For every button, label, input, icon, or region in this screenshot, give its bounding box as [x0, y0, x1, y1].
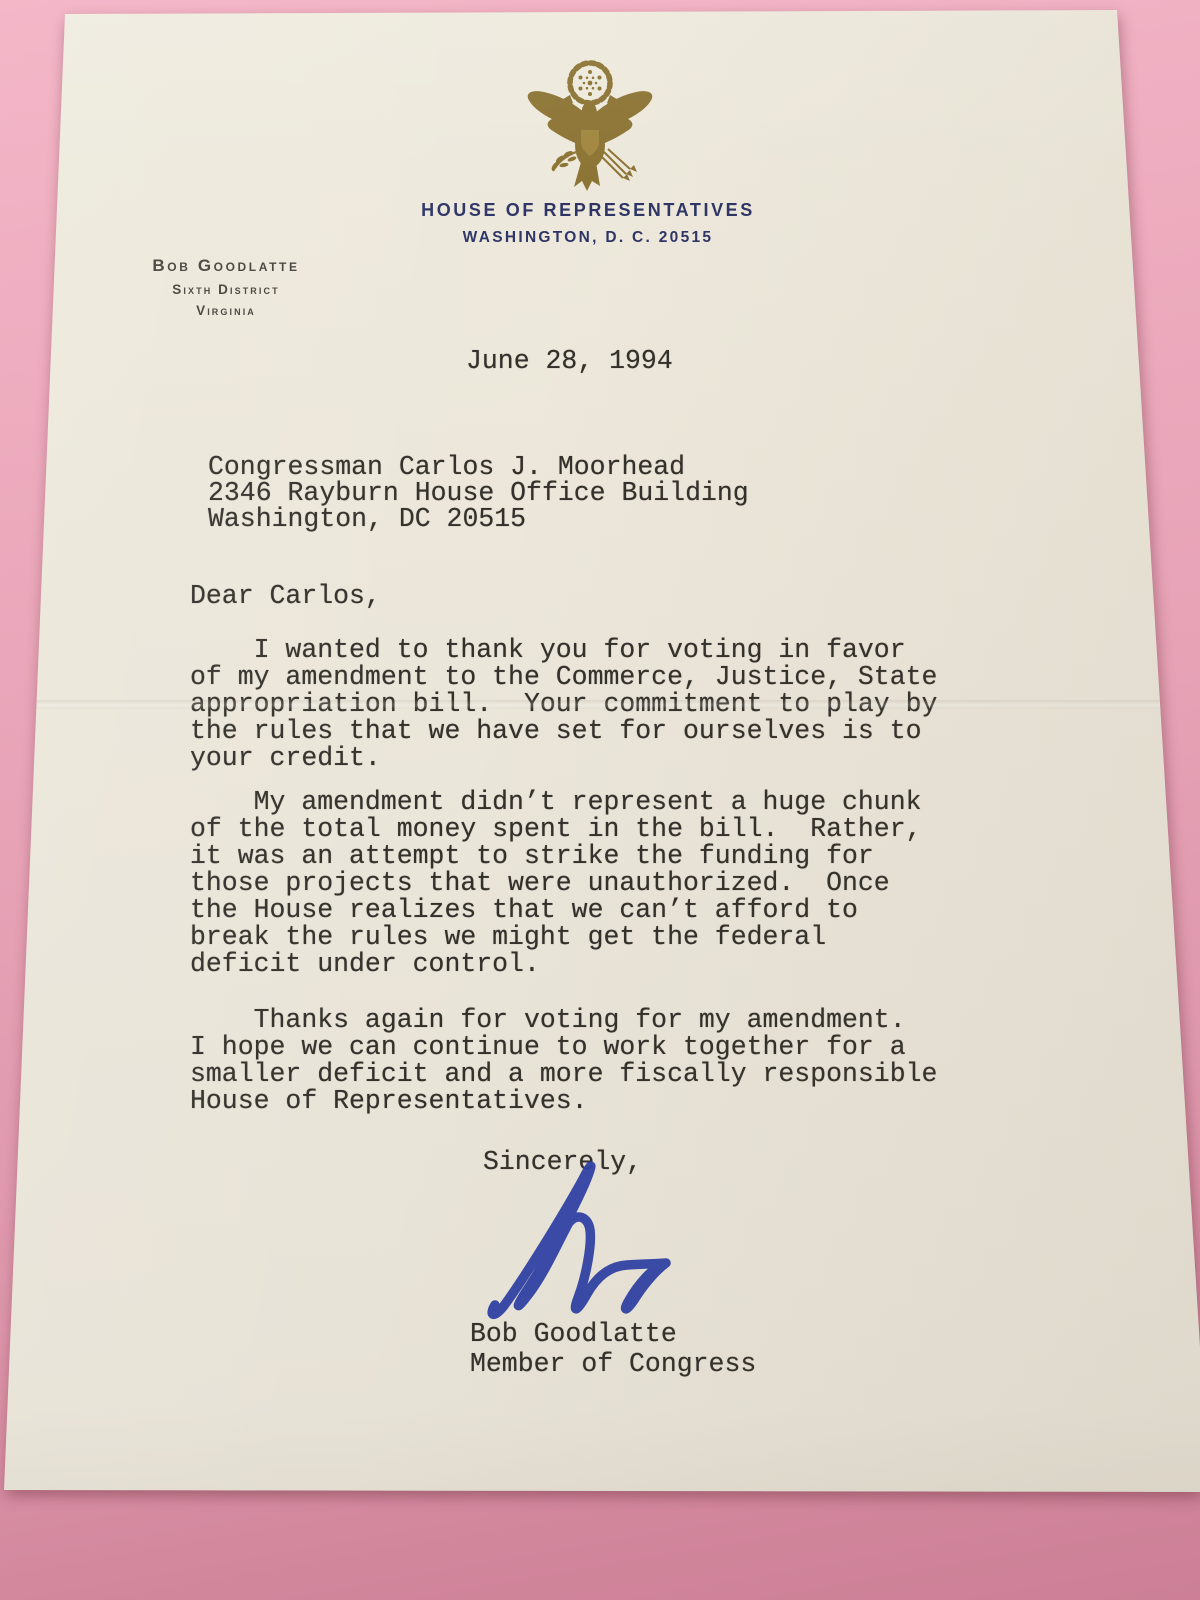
salutation: Dear Carlos, — [190, 583, 381, 610]
photo-background: HOUSE OF REPRESENTATIVES WASHINGTON, D. … — [0, 0, 1200, 1600]
letterhead-member-name: Bob Goodlatte — [152, 256, 299, 276]
letter-date: June 28, 1994 — [466, 348, 673, 375]
letterhead-org-name: HOUSE OF REPRESENTATIVES — [421, 200, 755, 221]
paper-surface: HOUSE OF REPRESENTATIVES WASHINGTON, D. … — [0, 0, 1200, 1600]
letter-paper: HOUSE OF REPRESENTATIVES WASHINGTON, D. … — [0, 0, 1200, 1600]
letterhead-member-district: Sixth District — [172, 282, 279, 297]
body-paragraph-3: Thanks again for voting for my amendment… — [190, 1007, 937, 1115]
typed-sender-name: Bob Goodlatte — [470, 1321, 677, 1348]
recipient-address-block: Congressman Carlos J. Moorhead 2346 Rayb… — [208, 455, 749, 532]
typed-sender-title: Member of Congress — [470, 1351, 756, 1378]
letterhead-member-state: Virginia — [196, 303, 256, 318]
body-paragraph-1: I wanted to thank you for voting in favo… — [190, 637, 937, 772]
letterhead-org-address: WASHINGTON, D. C. 20515 — [463, 229, 714, 247]
great-seal-eagle-icon — [520, 50, 660, 200]
handwritten-signature — [455, 1135, 695, 1330]
body-paragraph-2: My amendment didn’t represent a huge chu… — [190, 789, 922, 978]
